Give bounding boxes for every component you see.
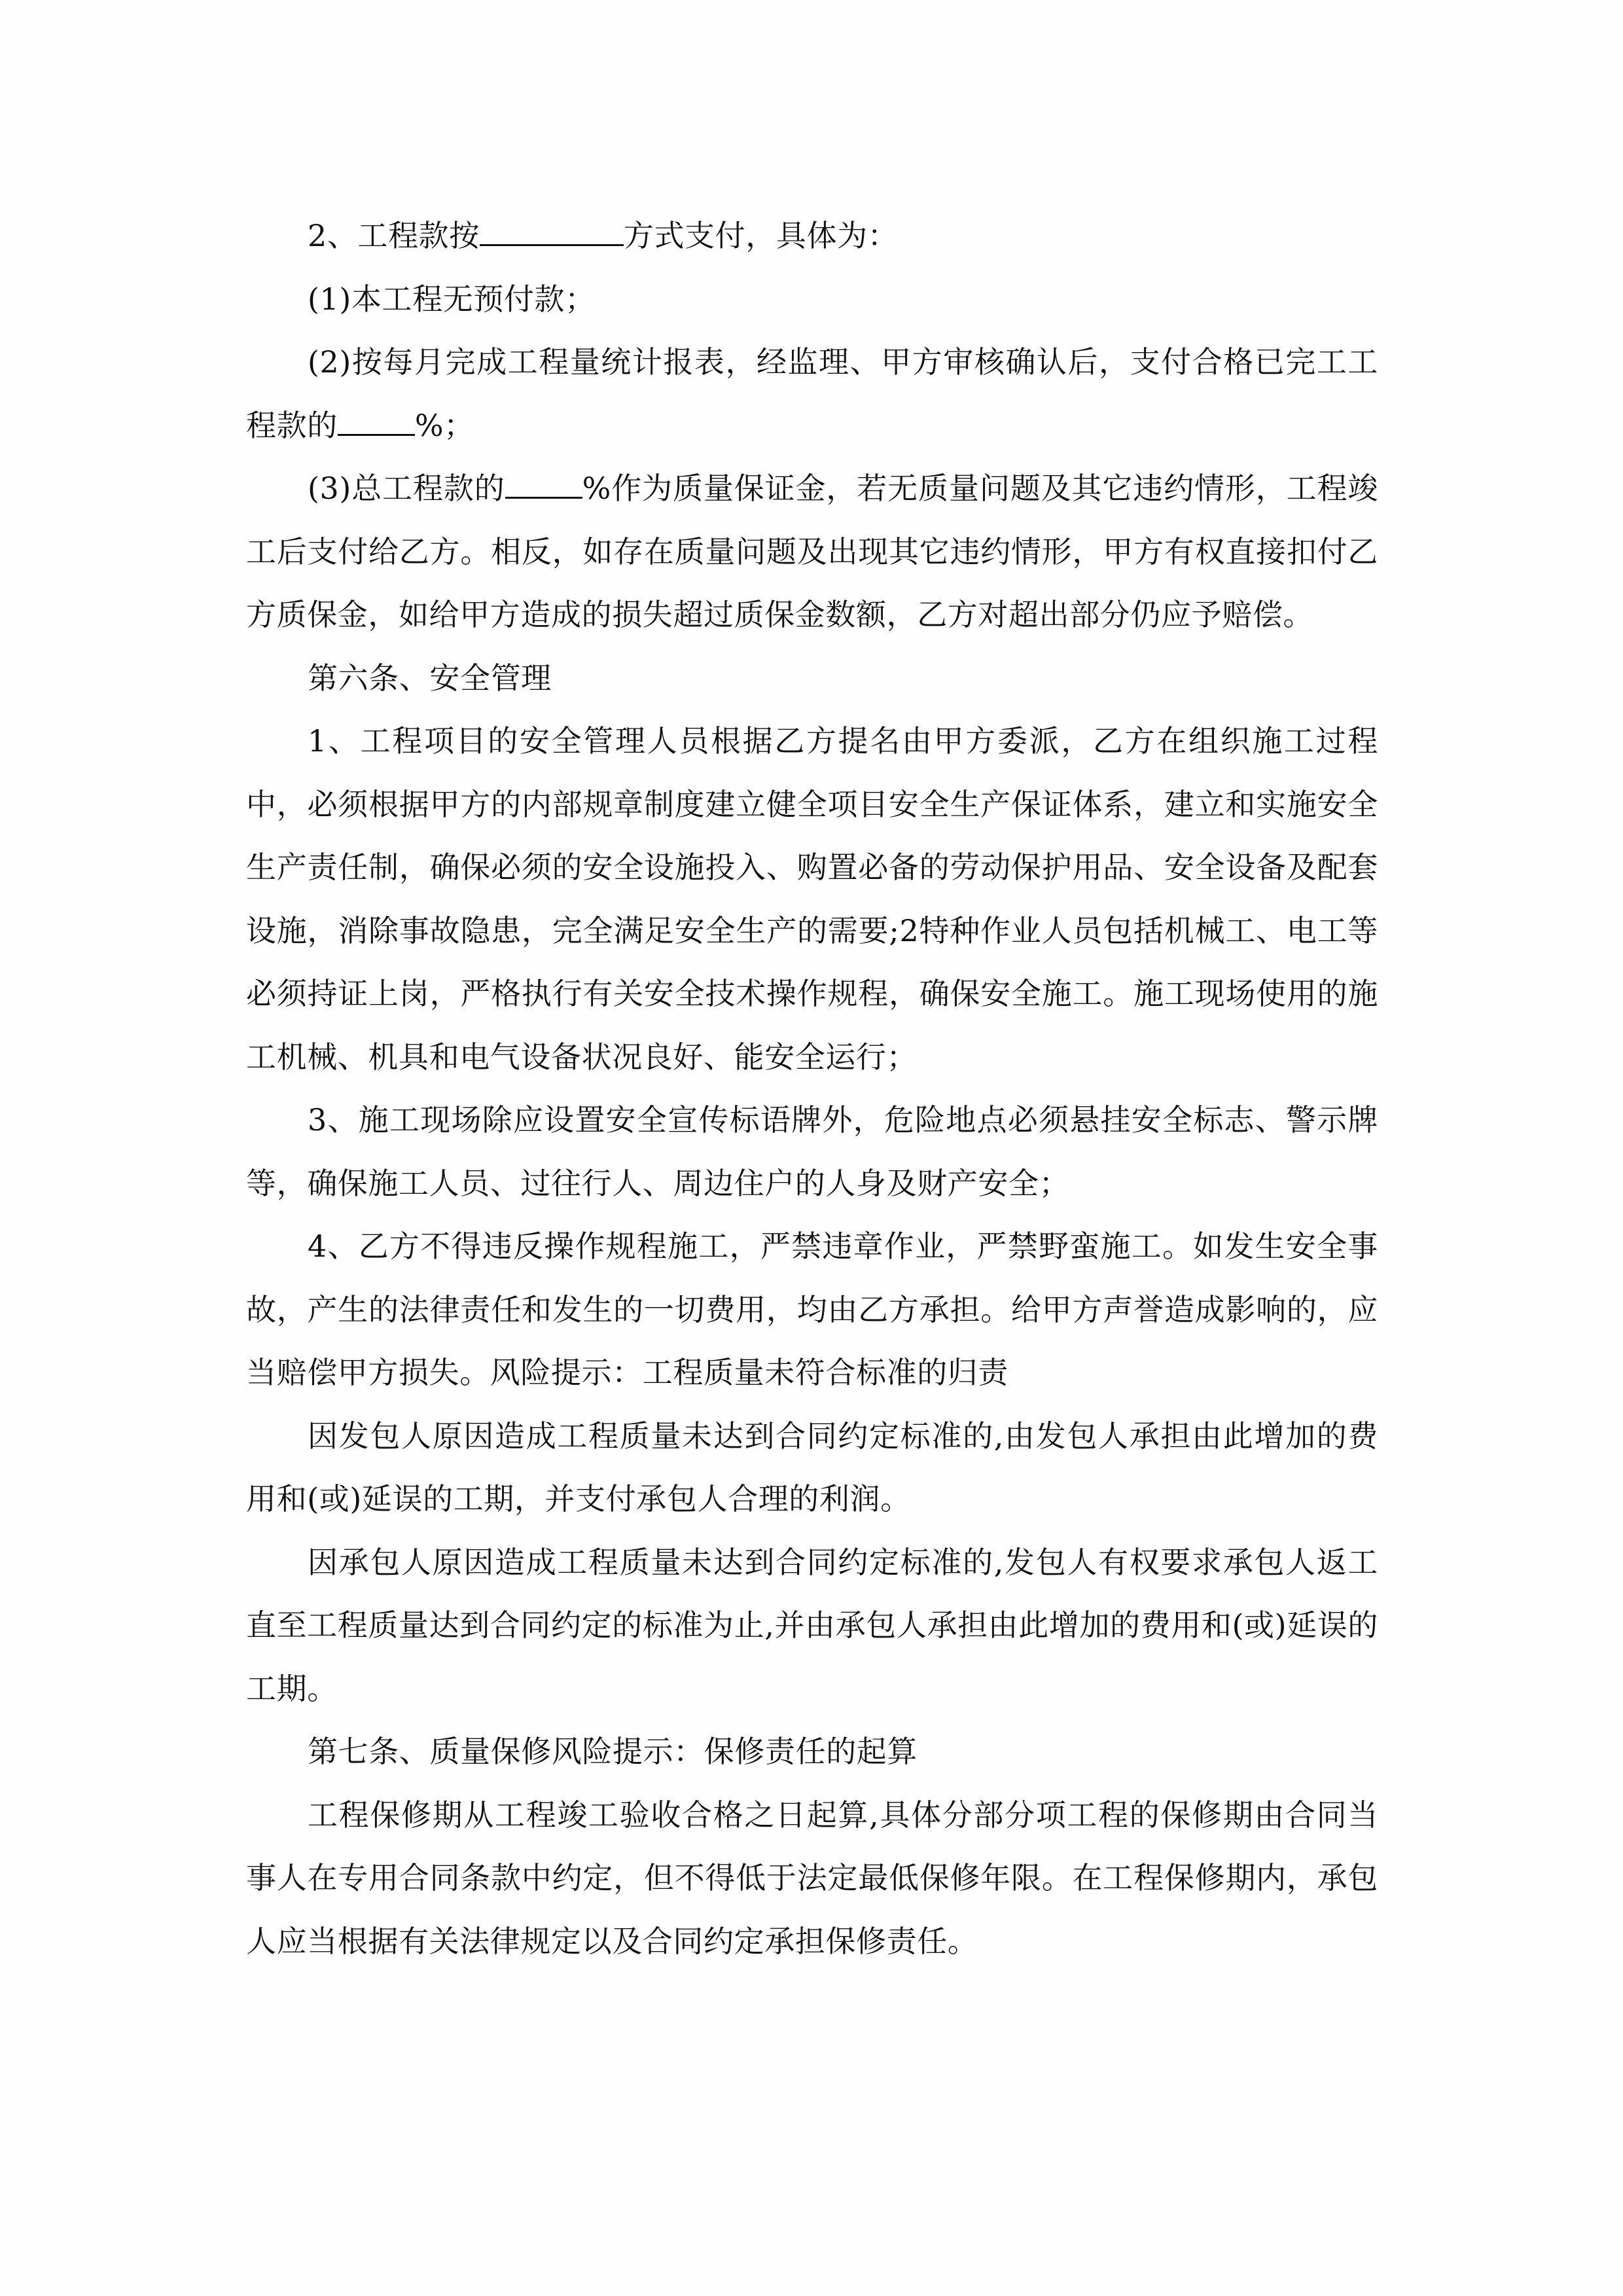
paragraph-payment-method: 2、工程款按方式支付，具体为： bbox=[246, 204, 1378, 268]
paragraph-payment-item-2: (2)按每月完成工程量统计报表，经监理、甲方审核确认后，支付合格已完工工程款的%… bbox=[246, 331, 1378, 457]
paragraph-employer-fault: 因发包人原因造成工程质量未达到合同约定标准的,由发包人承担由此增加的费用和(或)… bbox=[246, 1405, 1378, 1531]
payment-item-2-suffix: %； bbox=[415, 408, 474, 443]
fill-in-blank-payment-method[interactable] bbox=[480, 217, 624, 246]
fill-in-blank-retention-percent[interactable] bbox=[505, 470, 582, 499]
payment-method-suffix: 方式支付，具体为： bbox=[624, 218, 898, 253]
paragraph-warranty-period: 工程保修期从工程竣工验收合格之日起算,具体分部分项工程的保修期由合同当事人在专用… bbox=[246, 1784, 1378, 1973]
article-6-heading: 第六条、安全管理 bbox=[246, 647, 1378, 710]
payment-method-prefix: 2、工程款按 bbox=[308, 218, 480, 253]
paragraph-contractor-fault: 因承包人原因造成工程质量未达到合同约定标准的,发包人有权要求承包人返工直至工程质… bbox=[246, 1531, 1378, 1721]
paragraph-safety-item-3: 3、施工现场除应设置安全宣传标语牌外，危险地点必须悬挂安全标志、警示牌等，确保施… bbox=[246, 1088, 1378, 1215]
payment-item-3-prefix: (3)总工程款的 bbox=[308, 471, 505, 506]
document-body: 2、工程款按方式支付，具体为： (1)本工程无预付款； (2)按每月完成工程量统… bbox=[246, 204, 1378, 1973]
fill-in-blank-progress-percent[interactable] bbox=[338, 406, 415, 435]
paragraph-safety-item-4: 4、乙方不得违反操作规程施工，严禁违章作业，严禁野蛮施工。如发生安全事故，产生的… bbox=[246, 1215, 1378, 1405]
paragraph-payment-item-3: (3)总工程款的%作为质量保证金，若无质量问题及其它违约情形，工程竣工后支付给乙… bbox=[246, 457, 1378, 647]
article-7-heading: 第七条、质量保修风险提示：保修责任的起算 bbox=[246, 1720, 1378, 1784]
paragraph-payment-item-1: (1)本工程无预付款； bbox=[246, 268, 1378, 331]
paragraph-safety-item-1: 1、工程项目的安全管理人员根据乙方提名由甲方委派，乙方在组织施工过程中，必须根据… bbox=[246, 709, 1378, 1088]
document-page: 2、工程款按方式支付，具体为： (1)本工程无预付款； (2)按每月完成工程量统… bbox=[0, 0, 1623, 2296]
